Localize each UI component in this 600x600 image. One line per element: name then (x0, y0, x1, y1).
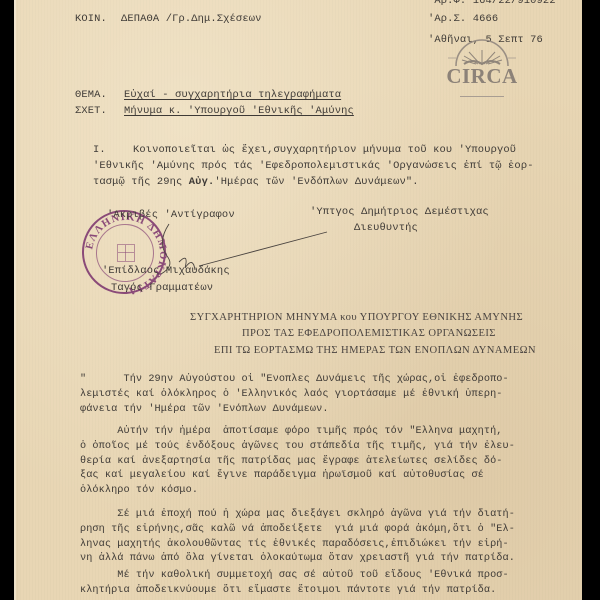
reference-number-f: 'Αρ.Φ. 164/22/910922 (428, 0, 556, 6)
paragraph-line: ληνας μαχητής ἀκολουθῶντας τίς ἐθνικές π… (80, 538, 515, 553)
paragraph-line: Αὐτήν τήν ἡμέρα ἀποτίσαμε φόρο τιμῆς πρό… (80, 425, 515, 440)
body-paragraph-2: Αὐτήν τήν ἡμέρα ἀποτίσαμε φόρο τιμῆς πρό… (80, 425, 515, 499)
document-page: 'Αρ.Φ. 164/22/910922 'Αρ.Σ. 4666 'Αθῆναι… (14, 0, 582, 600)
circa-logo: CIRCA (442, 38, 522, 106)
message-heading-2: ΠΡΟΣ ΤΑΣ ΕΦΕΔΡΟΠΟΛΕΜΙΣΤΙΚΑΣ ΟΡΓΑΝΩΣΕΙΣ (242, 329, 496, 340)
certified-copy-label: 'Ακριβές 'Αντίγραφον (107, 210, 235, 220)
section-number: I. (93, 145, 106, 155)
paragraph-line: ρηση τῆς εἰρήνης,σᾶς καλῶ νά ἀποδείξετε … (80, 523, 515, 538)
message-heading-3: ΕΠΙ ΤΩ ΕΟΡΤΑΣΜΩ ΤΗΣ ΗΜΕΡΑΣ ΤΩΝ ΕΝΟΠΛΩΝ Δ… (214, 346, 536, 357)
message-heading-1: ΣΥΓΧΑΡΗΤΗΡΙΟΝ ΜΗΝΥΜΑ κου ΥΠΟΥΡΓΟΥ ΕΘΝΙΚΗ… (190, 313, 523, 324)
body-paragraph-4: Μέ τήν καθολική συμμετοχή σας σέ αὐτοῦ τ… (80, 569, 509, 599)
section-line-1: Κοινοποιεῖται ὡς ἔχει,συγχαρητήριον μήνυ… (133, 145, 516, 155)
paragraph-line: θερία καί ἀνεξαρτησία τῆς πατρίδας μας ἔ… (80, 455, 515, 470)
paragraph-line: νη ἀλλά πάνω ἀπό ὅλα γίνεται ὁλοκαύτωμα … (80, 552, 515, 567)
koin-value: ΔΕΠΑΘΑ /Γρ.Δημ.Σχέσεων (121, 14, 261, 24)
section-line-2: 'Εθνικῆς 'Αμύνης πρός τάς 'Εφεδροπολεμισ… (93, 161, 534, 171)
signatory-title: Διευθυντής (354, 223, 418, 233)
certifier-title: Ταγός Γραμματέων (111, 283, 213, 293)
paragraph-line: " Τήν 29ην Αὐγούστου οἱ "Ενοπλες Δυνάμει… (80, 373, 509, 388)
koin-label: ΚΟΙΝ. (75, 14, 107, 24)
section-line-3: τασμῷ τῆς 29ης Αὐγ.'Ημέρας τῶν 'Ενδόπλων… (93, 177, 419, 187)
reference-number-s: 'Αρ.Σ. 4666 (428, 14, 498, 24)
body-paragraph-1: " Τήν 29ην Αὐγούστου οἱ "Ενοπλες Δυνάμει… (80, 373, 509, 417)
certifier-name: 'Επίδλαος Μιχαυδάκης (102, 266, 230, 276)
logo-underline (460, 96, 504, 97)
thema-label: ΘΕΜΑ. (75, 90, 107, 100)
paragraph-line: κλητήρια ἀποδεικνύουμε ὅτι εἴμαστε ἕτοιμ… (80, 584, 509, 599)
thema-value: Εὐχαί - συγχαρητήρια τηλεγραφήματα (124, 90, 341, 100)
section-line-3-start: τασμῷ τῆς 29ης (93, 176, 182, 188)
paragraph-line: ὁλόκληρο τόν κόσμο. (80, 484, 515, 499)
paragraph-line: φάνεια τήν 'Ημέρα τῶν 'Ενόπλων Δυνάμεων. (80, 403, 509, 418)
paragraph-line: λεμιστές καί ὁλόκληρος ὁ 'Ελληνικός λαός… (80, 388, 509, 403)
paragraph-line: Σέ μιά ἐποχή πού ἡ χώρα μας διεξάγει σκλ… (80, 508, 515, 523)
signatory-name: 'Υπτγος Δημήτριος Δεμέστιχας (310, 207, 489, 217)
section-line-3-end: 'Ημέρας τῶν 'Ενδόπλων Δυνάμεων". (214, 176, 418, 188)
circa-wordmark: CIRCA (442, 64, 522, 89)
month-abbrev: Αὐγ. (189, 176, 215, 188)
body-paragraph-3: Σέ μιά ἐποχή πού ἡ χώρα μας διεξάγει σκλ… (80, 508, 515, 567)
paragraph-line: Μέ τήν καθολική συμμετοχή σας σέ αὐτοῦ τ… (80, 569, 509, 584)
paragraph-line: ξας καί μεγαλείου καί ἔγινε παράδειγμα ἡ… (80, 469, 515, 484)
paragraph-line: ὁ ὁποῖος μέ τούς ἐνδόξους ἀγῶνες του στά… (80, 440, 515, 455)
schet-label: ΣΧΕΤ. (75, 106, 107, 116)
schet-value: Μήνυμα κ. 'Υπουργοῦ 'Εθνικῆς 'Αμύνης (124, 106, 354, 116)
